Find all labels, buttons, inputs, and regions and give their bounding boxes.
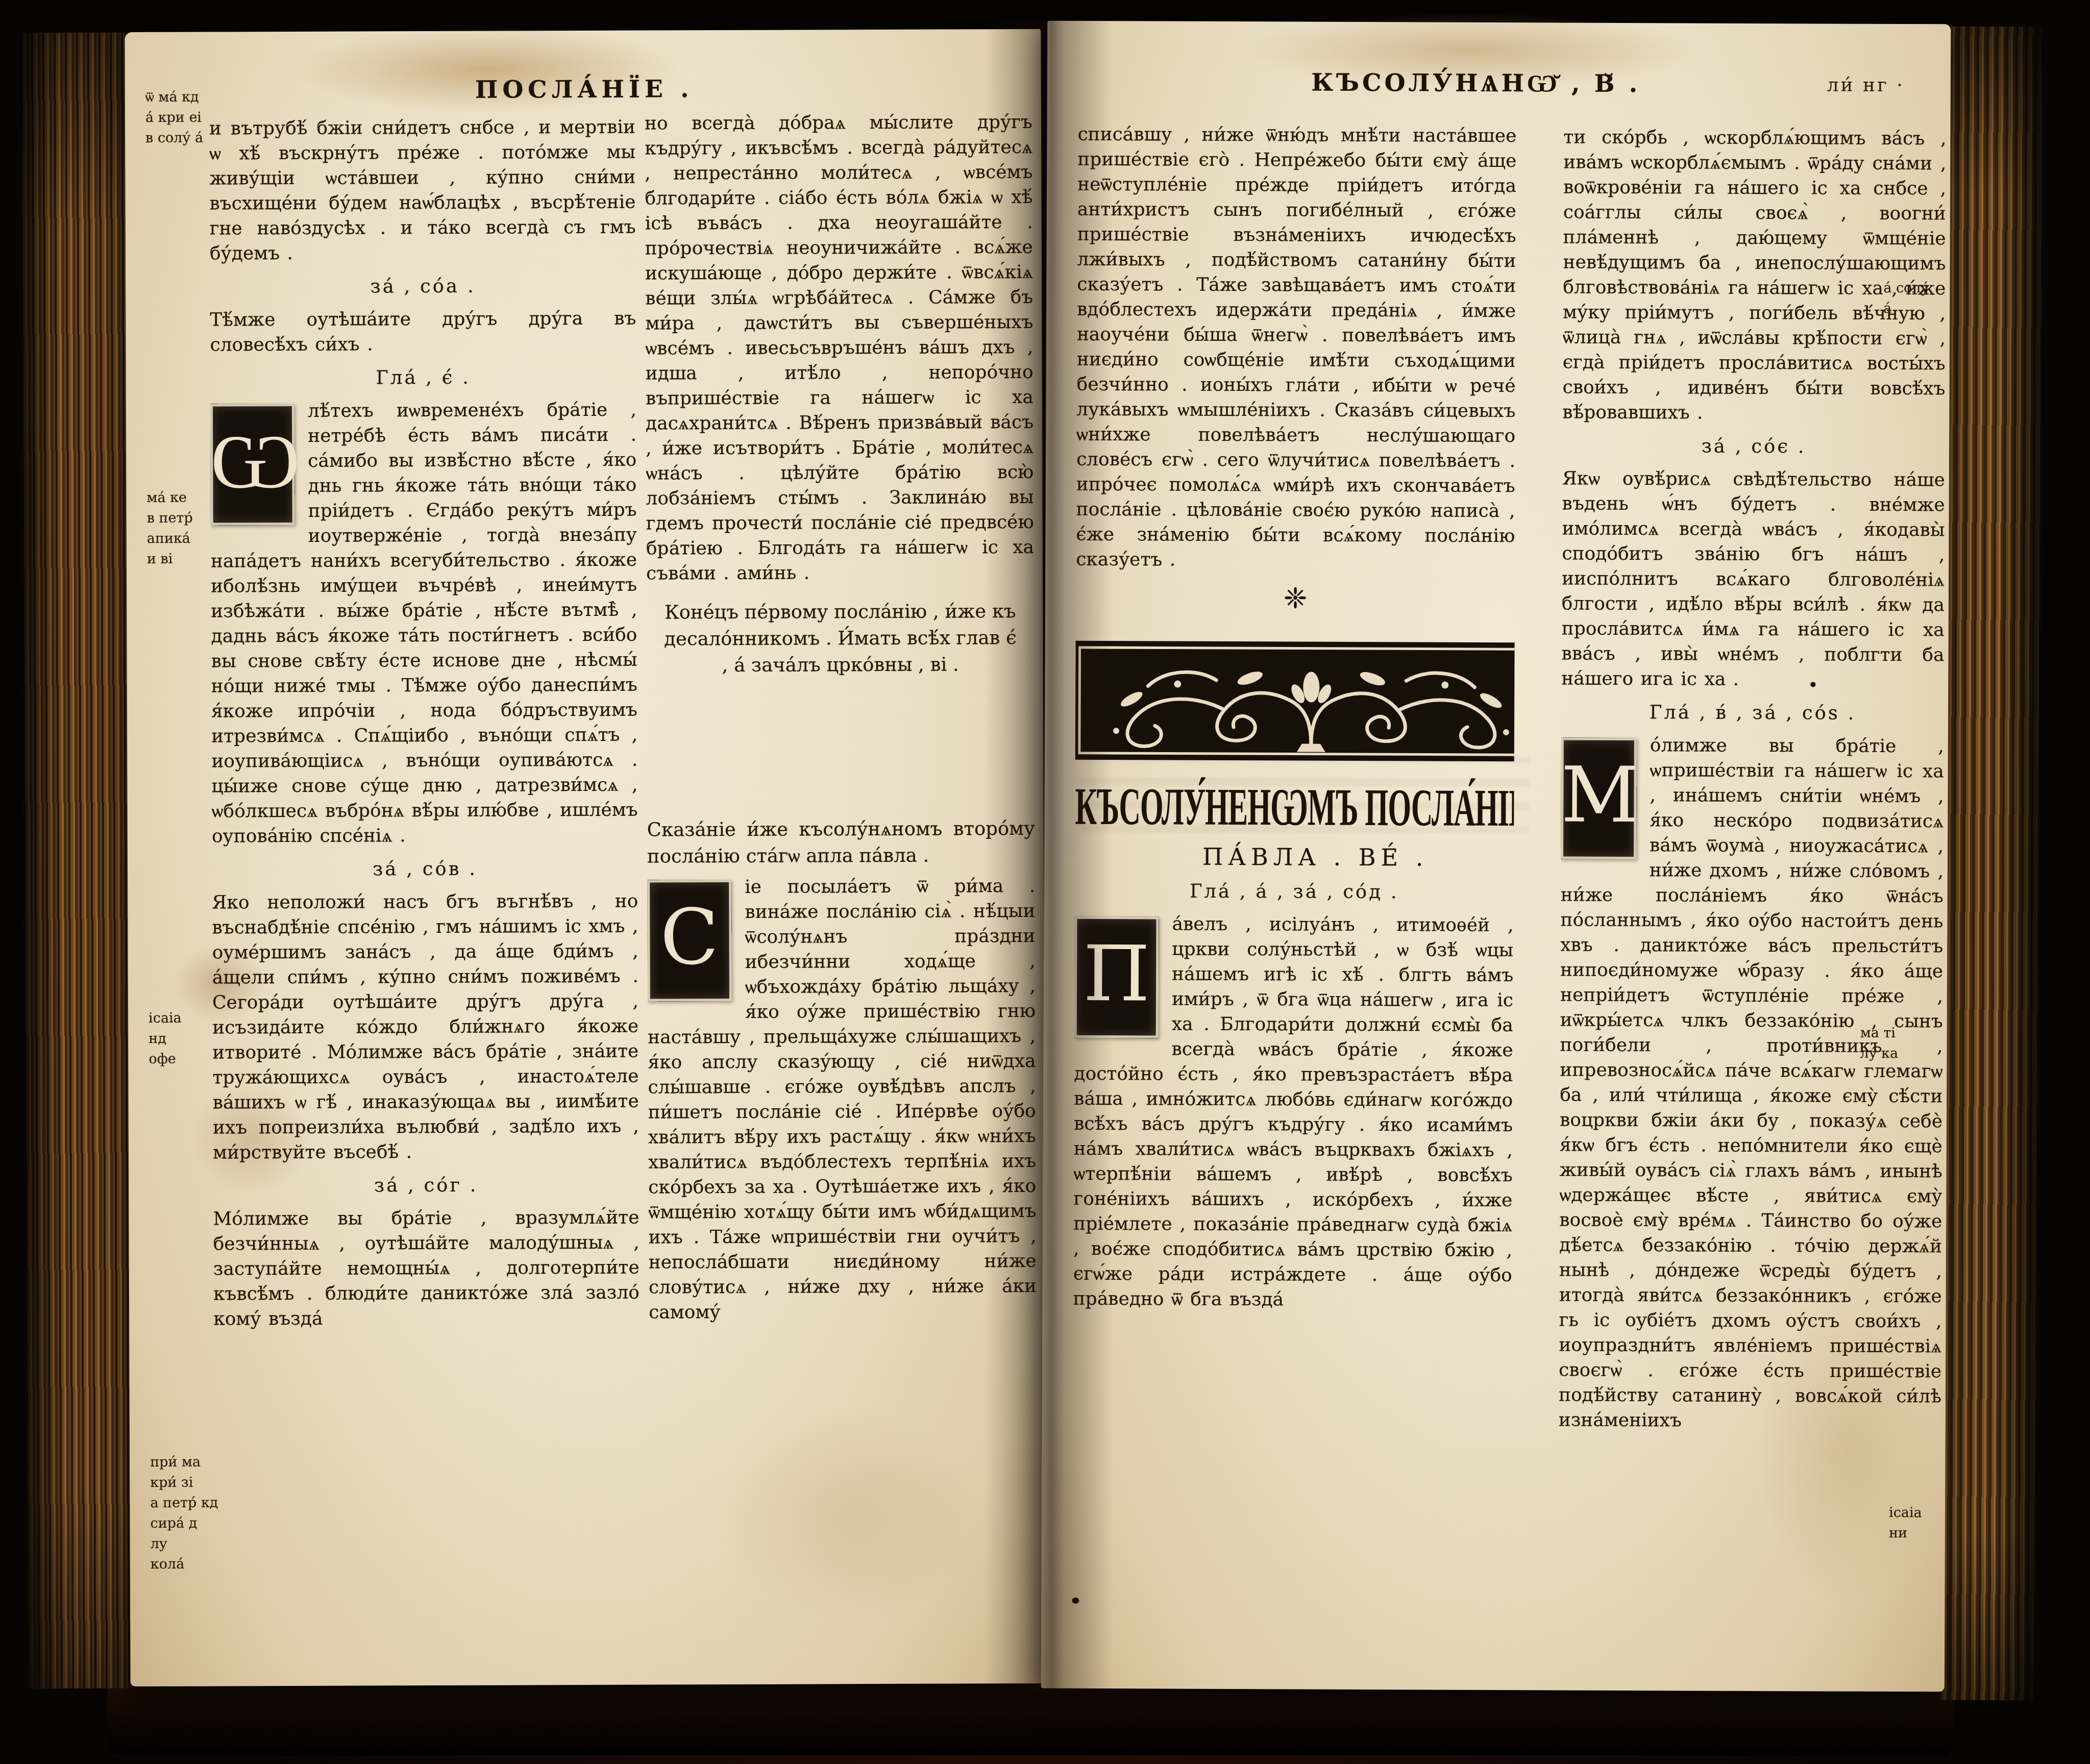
left-page-edges <box>20 33 132 1689</box>
margin-reference-note: ѿ ма́ кда́ кри еів солу́ а́ <box>145 87 232 148</box>
margin-note-line: а́ кри еі <box>145 107 232 128</box>
margin-note-line: в петр́ <box>147 508 234 529</box>
margin-note-line: и ві <box>147 549 234 569</box>
right-page-edges <box>1939 27 2044 1701</box>
right-column-2: ти ско́рбь , ѡскорблѧ́ющимъ ва́съ , ива́… <box>1558 125 1947 1672</box>
zachalo-heading: за́ , со́а . <box>210 273 636 300</box>
zachalo-heading: за́ , со́г . <box>213 1172 639 1199</box>
right-column-1: списа́вшу , ни́же ѿню́дъ мнѣ́ти наста́вш… <box>1072 122 1517 1670</box>
margin-reference-note: ісаіандофе <box>149 1008 235 1070</box>
paragraph: Мо́лимже вы бра́тіе , вразумлѧ́йте безчи… <box>213 1205 640 1332</box>
left-column-2: но всегда̀ до́браѧ мы́слите дру́гъ къдру… <box>645 110 1038 1652</box>
skazanie-heading: Сказа́ніе и́же късолу́нѧномъ второ́му по… <box>647 815 1035 870</box>
colophon: Коне́цъ пе́рвому посла́нію , и́же къ дес… <box>661 598 1019 679</box>
paragraph: списа́вшу , ни́же ѿню́дъ мнѣ́ти наста́вш… <box>1076 122 1516 574</box>
paragraph: и вътрубѣ́ бжіи сни́детъ снбсе , и мертв… <box>209 115 636 266</box>
margin-note-line: лу́ ка <box>1860 1044 1947 1064</box>
margin-note-line: ма ті <box>1860 1023 1947 1044</box>
zachalo-heading: Гла́ , є́ . <box>210 364 636 391</box>
margin-reference-note: а́ солу́а́ <box>1883 278 1970 319</box>
title-line-1: КЪСОЛУ́НЕНѠМЪ ПОСЛА́НІЕ СТО́ГѠ АПЛА <box>1075 776 1479 864</box>
right-page: КЪСОЛУ́НѦНѠ̆ , В̆ . ли́ нг · списа́вшу ,… <box>1041 21 1951 1692</box>
ornate-initial-letter: М <box>1561 737 1637 859</box>
floral-woodcut-headpiece <box>1072 638 1517 765</box>
zachalo-heading: за́ , со́в . <box>212 856 638 882</box>
margin-note-line: ісаіа <box>149 1008 235 1029</box>
paragraph: Яко неположи́ насъ бгъ въгнѣ́въ , но въс… <box>212 889 639 1165</box>
left-margin-notes: ѿ ма́ кда́ кри еів солу́ а́ма́ кев петр́… <box>125 29 1041 32</box>
margin-reference-note: ісаіани <box>1889 1503 1976 1544</box>
book-photograph: ПОСЛА́НЇЕ . и вътрубѣ́ бжіи сни́детъ снб… <box>0 0 2090 1764</box>
margin-note-line: а петр́ кд <box>150 1493 237 1513</box>
margin-note-line: ѿ ма́ кд <box>145 87 232 108</box>
paragraph: Якѡ оувѣ́рисѧ свѣдѣ́тельство на́ше въден… <box>1561 466 1945 692</box>
ink-speck <box>1072 1598 1079 1604</box>
zachalo-heading: Гла́ , а́ , за́ , со́д . <box>1075 878 1514 905</box>
margin-note-line: офе <box>149 1049 235 1070</box>
margin-note-line: а́ солу́ <box>1883 278 1970 299</box>
margin-note-line: ни <box>1889 1523 1976 1544</box>
headpiece-ornament-svg <box>1072 638 1517 765</box>
paragraph: ти ско́рбь , ѡскорблѧ́ющимъ ва́съ , ива́… <box>1562 125 1946 426</box>
ink-speck <box>1810 682 1815 687</box>
left-running-head: ПОСЛА́НЇЕ . <box>390 75 778 105</box>
margin-reference-note: ма́ кев петр́апика́и ві <box>146 487 234 569</box>
printer-ornament: ❈ <box>1076 581 1515 616</box>
margin-note-line: ісаіа <box>1889 1503 1976 1524</box>
margin-note-line: при́ ма <box>150 1452 237 1473</box>
margin-note-line: а́ <box>1883 299 1970 319</box>
left-page: ПОСЛА́НЇЕ . и вътрубѣ́ бжіи сни́детъ снб… <box>125 29 1046 1686</box>
right-margin-notes: а́ солу́а́ма тілу́ каісаіани <box>1047 21 1951 24</box>
epistle-title-vyaz: КЪСОЛУ́НЕНѠМЪ ПОСЛА́НІЕ СТО́ГѠ АПЛА ПА́В… <box>1075 776 1514 872</box>
paragraph-with-initial: Сіе посыла́етъ ѿ ри́ма . вина́же посла́н… <box>647 874 1037 1325</box>
margin-reference-note: при́ макри́ зіа петр́ кдсира́ длукола́ <box>150 1452 237 1575</box>
margin-note-line: кола́ <box>151 1554 237 1575</box>
folio-number: ли́ нг · <box>1752 74 1905 96</box>
zachalo-heading: за́ , со́є . <box>1562 433 1945 459</box>
column-gap <box>647 683 1035 812</box>
ornate-initial-letter: С <box>647 880 732 1002</box>
paragraph-with-initial: Па́велъ , исілуа́нъ , итимоѳе́й , цркви … <box>1073 911 1514 1313</box>
paragraph: но всегда̀ до́браѧ мы́слите дру́гъ къдру… <box>645 110 1034 586</box>
margin-note-line: ма́ ке <box>146 487 233 508</box>
margin-note-line: лу <box>151 1533 237 1554</box>
ornate-initial-letter: П <box>1074 916 1159 1038</box>
book-board-shadow <box>107 1684 1955 1755</box>
margin-note-line: в солу́ а́ <box>145 128 232 148</box>
zachalo-heading: Гла́ , в́ , за́ , со́ѕ . <box>1561 699 1944 726</box>
left-column-1: и вътрубѣ́ бжіи сни́детъ снбсе , и мертв… <box>209 115 641 1652</box>
right-running-head: КЪСОЛУ́НѦНѠ̆ , В̆ . <box>1231 68 1721 98</box>
margin-note-line: апика́ <box>147 528 234 549</box>
paragraph-with-initial: Мо́лимже вы бра́тіе , ѡприше́ствіи га на… <box>1559 732 1944 1434</box>
margin-note-line: сира́ д <box>150 1513 237 1534</box>
margin-note-line: кри́ зі <box>150 1472 237 1493</box>
margin-note-line: нд <box>149 1028 235 1049</box>
paragraph-with-initial: Ѡлѣ́техъ иѡвремене́хъ бра́тіе , нетре́бѣ… <box>210 397 638 849</box>
margin-reference-note: ма тілу́ ка <box>1860 1023 1947 1064</box>
paragraph: Тѣ́мже оутѣша́ите дру́гъ дру́га въ слове… <box>210 306 636 358</box>
